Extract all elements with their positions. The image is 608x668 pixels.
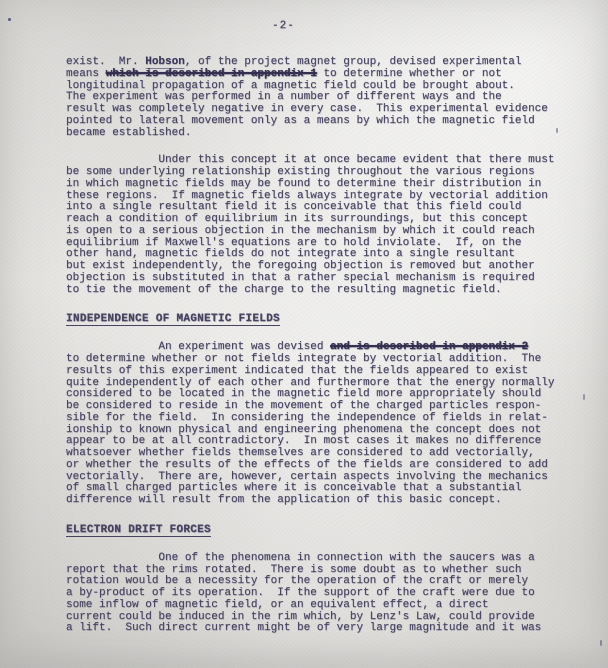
text-segment: objection is substituted in that a rathe… [66, 272, 535, 284]
text-segment: or whether the results of the effects of… [66, 459, 548, 471]
text-segment: whatsoever whether fields themselves are… [66, 447, 535, 459]
text-line: to tie the movement of the charge to the… [66, 285, 566, 297]
text-segment: report that the rims rotated. There is s… [66, 564, 521, 576]
text-column: exist. Mr. Hobson, of the project magnet… [66, 57, 566, 635]
section-heading-text: INDEPENDENCE OF MAGNETIC FIELDS [66, 313, 280, 326]
section-heading-text: ELECTRON DRIFT FORCES [66, 524, 211, 537]
text-segment: An experiment was devised [66, 341, 330, 353]
text-segment: some inflow of magnetic field, or an equ… [66, 599, 488, 611]
text-segment: became established. [66, 127, 191, 139]
text-segment: of small charged particles where it is c… [66, 482, 521, 494]
paragraph: Under this concept it at once became evi… [66, 155, 566, 296]
text-segment: pointed to lateral movement only as a me… [66, 115, 535, 127]
text-segment: results of this experiment indicated tha… [66, 365, 528, 377]
paragraph: One of the phenomena in connection with … [66, 553, 566, 635]
scanned-document-page: -2- exist. Mr. Hobson, of the project ma… [0, 0, 608, 668]
text-segment: a lift. Such direct current might be of … [66, 622, 541, 634]
text-segment: current could be induced in the rim whic… [66, 611, 535, 623]
text-segment: considered to be located in the magnetic… [66, 388, 541, 400]
scan-speck [583, 394, 585, 400]
text-segment: Under this concept it at once became evi… [66, 154, 554, 166]
text-segment: be considered to reside in the movement … [66, 400, 541, 412]
scan-speck [600, 640, 602, 646]
scan-speck [8, 18, 11, 21]
text-segment: ionship to known physical and engineerin… [66, 424, 541, 436]
scan-speck [556, 128, 558, 133]
section-heading: INDEPENDENCE OF MAGNETIC FIELDS [66, 313, 566, 326]
text-segment: rotation would be a necessity for the op… [66, 575, 528, 587]
text-segment: equilibrium if Maxwell's equations are t… [66, 237, 521, 249]
text-segment: to determine whether or not [317, 68, 502, 80]
text-segment: in which magnetic fields may be found to… [66, 178, 541, 190]
text-segment: difference will result from the applicat… [66, 494, 502, 506]
struck-out-text: and is described in appendix 2 [330, 341, 528, 353]
text-segment: other hand, magnetic fields do not integ… [66, 248, 515, 260]
text-segment: be some underlying relationship existing… [66, 166, 535, 178]
text-line: difference will result from the applicat… [66, 495, 566, 507]
text-segment: quite independently of each other and fu… [66, 377, 554, 389]
text-segment: sible for the field. In considering the … [66, 412, 548, 424]
text-segment: to tie the movement of the charge to the… [66, 284, 502, 296]
text-segment: One of the phenomena in connection with … [66, 552, 535, 564]
page-number: -2- [272, 20, 295, 32]
paragraph: An experiment was devised and is describ… [66, 342, 566, 507]
struck-out-text: which is described in appendix 1 [106, 68, 317, 80]
section-heading: ELECTRON DRIFT FORCES [66, 524, 566, 537]
text-segment: means [66, 68, 106, 80]
text-segment: into a single resultant field it is conc… [66, 201, 521, 213]
text-segment: vectorially. There are, however, certain… [66, 471, 548, 483]
text-segment: appear to be at all contradictory. In mo… [66, 435, 541, 447]
text-segment: a by-product of its operation. If the su… [66, 587, 535, 599]
text-segment: The experiment was performed in a number… [66, 91, 502, 103]
text-segment: is open to a serious objection in the me… [66, 225, 535, 237]
text-segment: reach a condition of equilibrium in its … [66, 213, 528, 225]
text-segment: to determine whether or not fields integ… [66, 353, 541, 365]
overtyped-name: Hobson [145, 56, 185, 68]
text-segment: result was completely negative in every … [66, 103, 548, 115]
text-segment: longitudinal propagation of a magnetic f… [66, 80, 515, 92]
text-segment: , of the project magnet group, devised e… [185, 56, 522, 68]
text-line: a lift. Such direct current might be of … [66, 623, 566, 635]
text-segment: exist. Mr. [66, 56, 145, 68]
text-segment: but exist independently, the foregoing o… [66, 260, 535, 272]
text-line: became established. [66, 128, 566, 140]
paragraph: exist. Mr. Hobson, of the project magnet… [66, 57, 566, 139]
text-segment: these regions. If magnetic fields always… [66, 190, 548, 202]
